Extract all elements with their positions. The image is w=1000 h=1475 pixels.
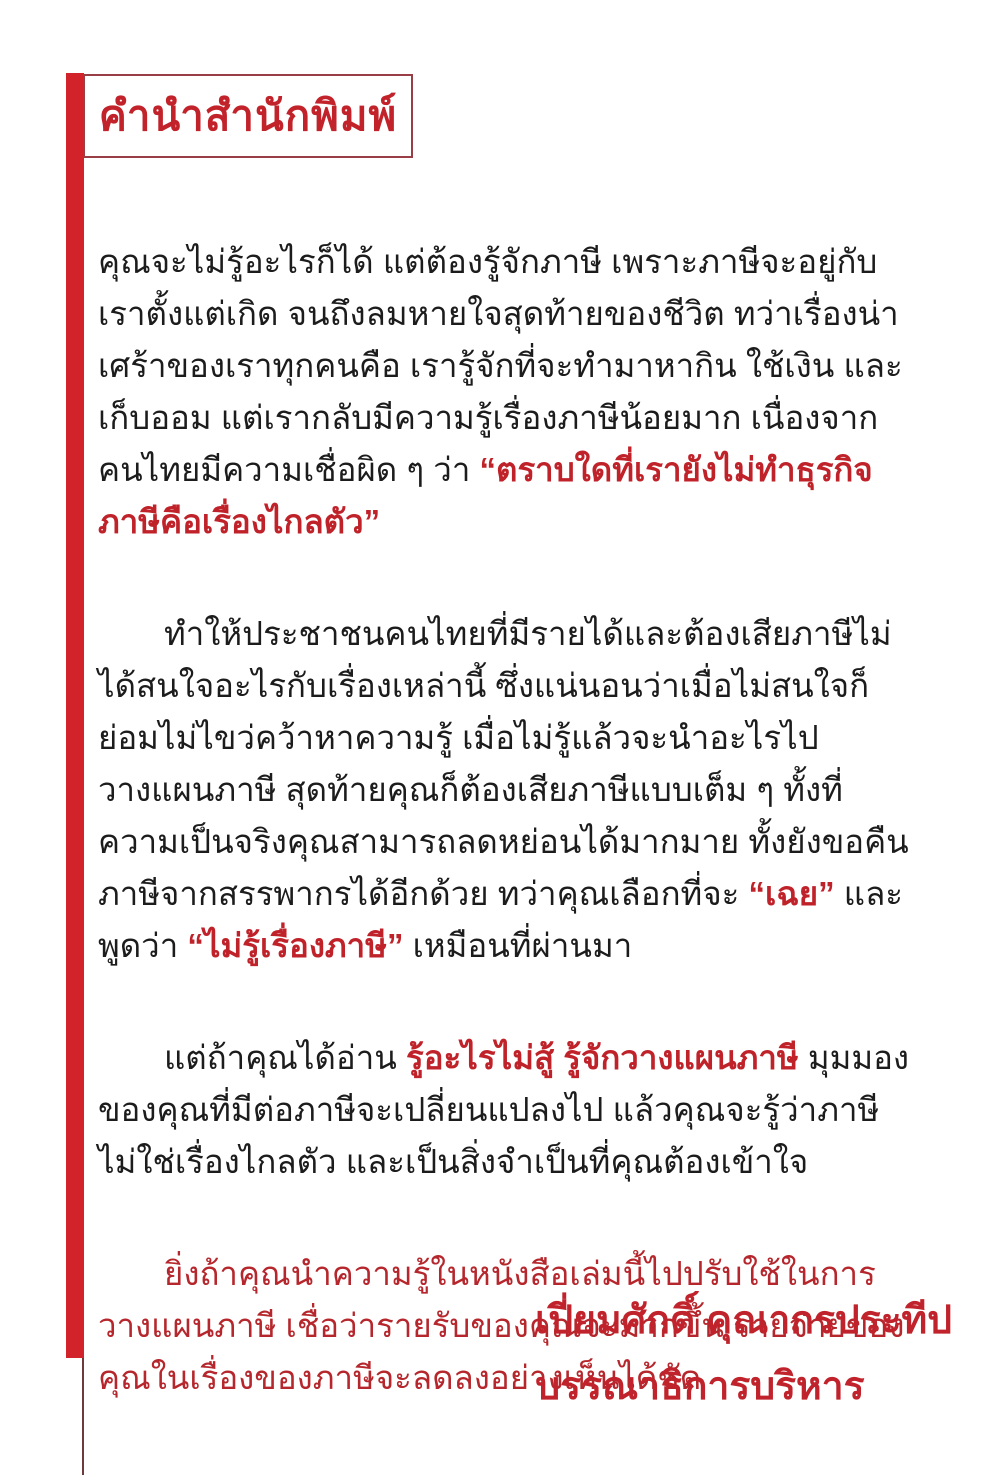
signature-name: เปี่ยมศักดิ์ คุณากรประทีป (535, 1288, 865, 1354)
book-page: คำนำสำนักพิมพ์ คุณจะไม่รู้อะไรก็ได้ แต่ต… (0, 0, 1000, 1475)
text-segment: รู้อะไรไม่สู้ รู้จักวางแผนภาษี (406, 1039, 799, 1076)
preface-body: คุณจะไม่รู้อะไรก็ได้ แต่ต้องรู้จักภาษี เ… (98, 236, 910, 1404)
paragraph: ทำให้ประชาชนคนไทยที่มีรายได้และต้องเสียภ… (98, 608, 910, 972)
text-segment: แต่ถ้าคุณได้อ่าน (164, 1039, 406, 1076)
text-segment: “ไม่รู้เรื่องภาษี” (187, 927, 403, 964)
paragraph: แต่ถ้าคุณได้อ่าน รู้อะไรไม่สู้ รู้จักวาง… (98, 1032, 910, 1188)
signature-block: เปี่ยมศักดิ์ คุณากรประทีป บรรณาธิการบริห… (535, 1288, 865, 1420)
signature-role: บรรณาธิการบริหาร (535, 1354, 865, 1420)
left-accent-bar (66, 73, 84, 1358)
paragraph: คุณจะไม่รู้อะไรก็ได้ แต่ต้องรู้จักภาษี เ… (98, 236, 910, 548)
left-accent-thin-line (82, 1358, 84, 1475)
title-box: คำนำสำนักพิมพ์ (83, 74, 413, 158)
text-segment: เหมือนที่ผ่านมา (403, 927, 632, 964)
text-segment: “เฉย” (749, 875, 835, 912)
text-segment: ทำให้ประชาชนคนไทยที่มีรายได้และต้องเสียภ… (98, 615, 909, 912)
page-title: คำนำสำนักพิมพ์ (99, 83, 397, 149)
